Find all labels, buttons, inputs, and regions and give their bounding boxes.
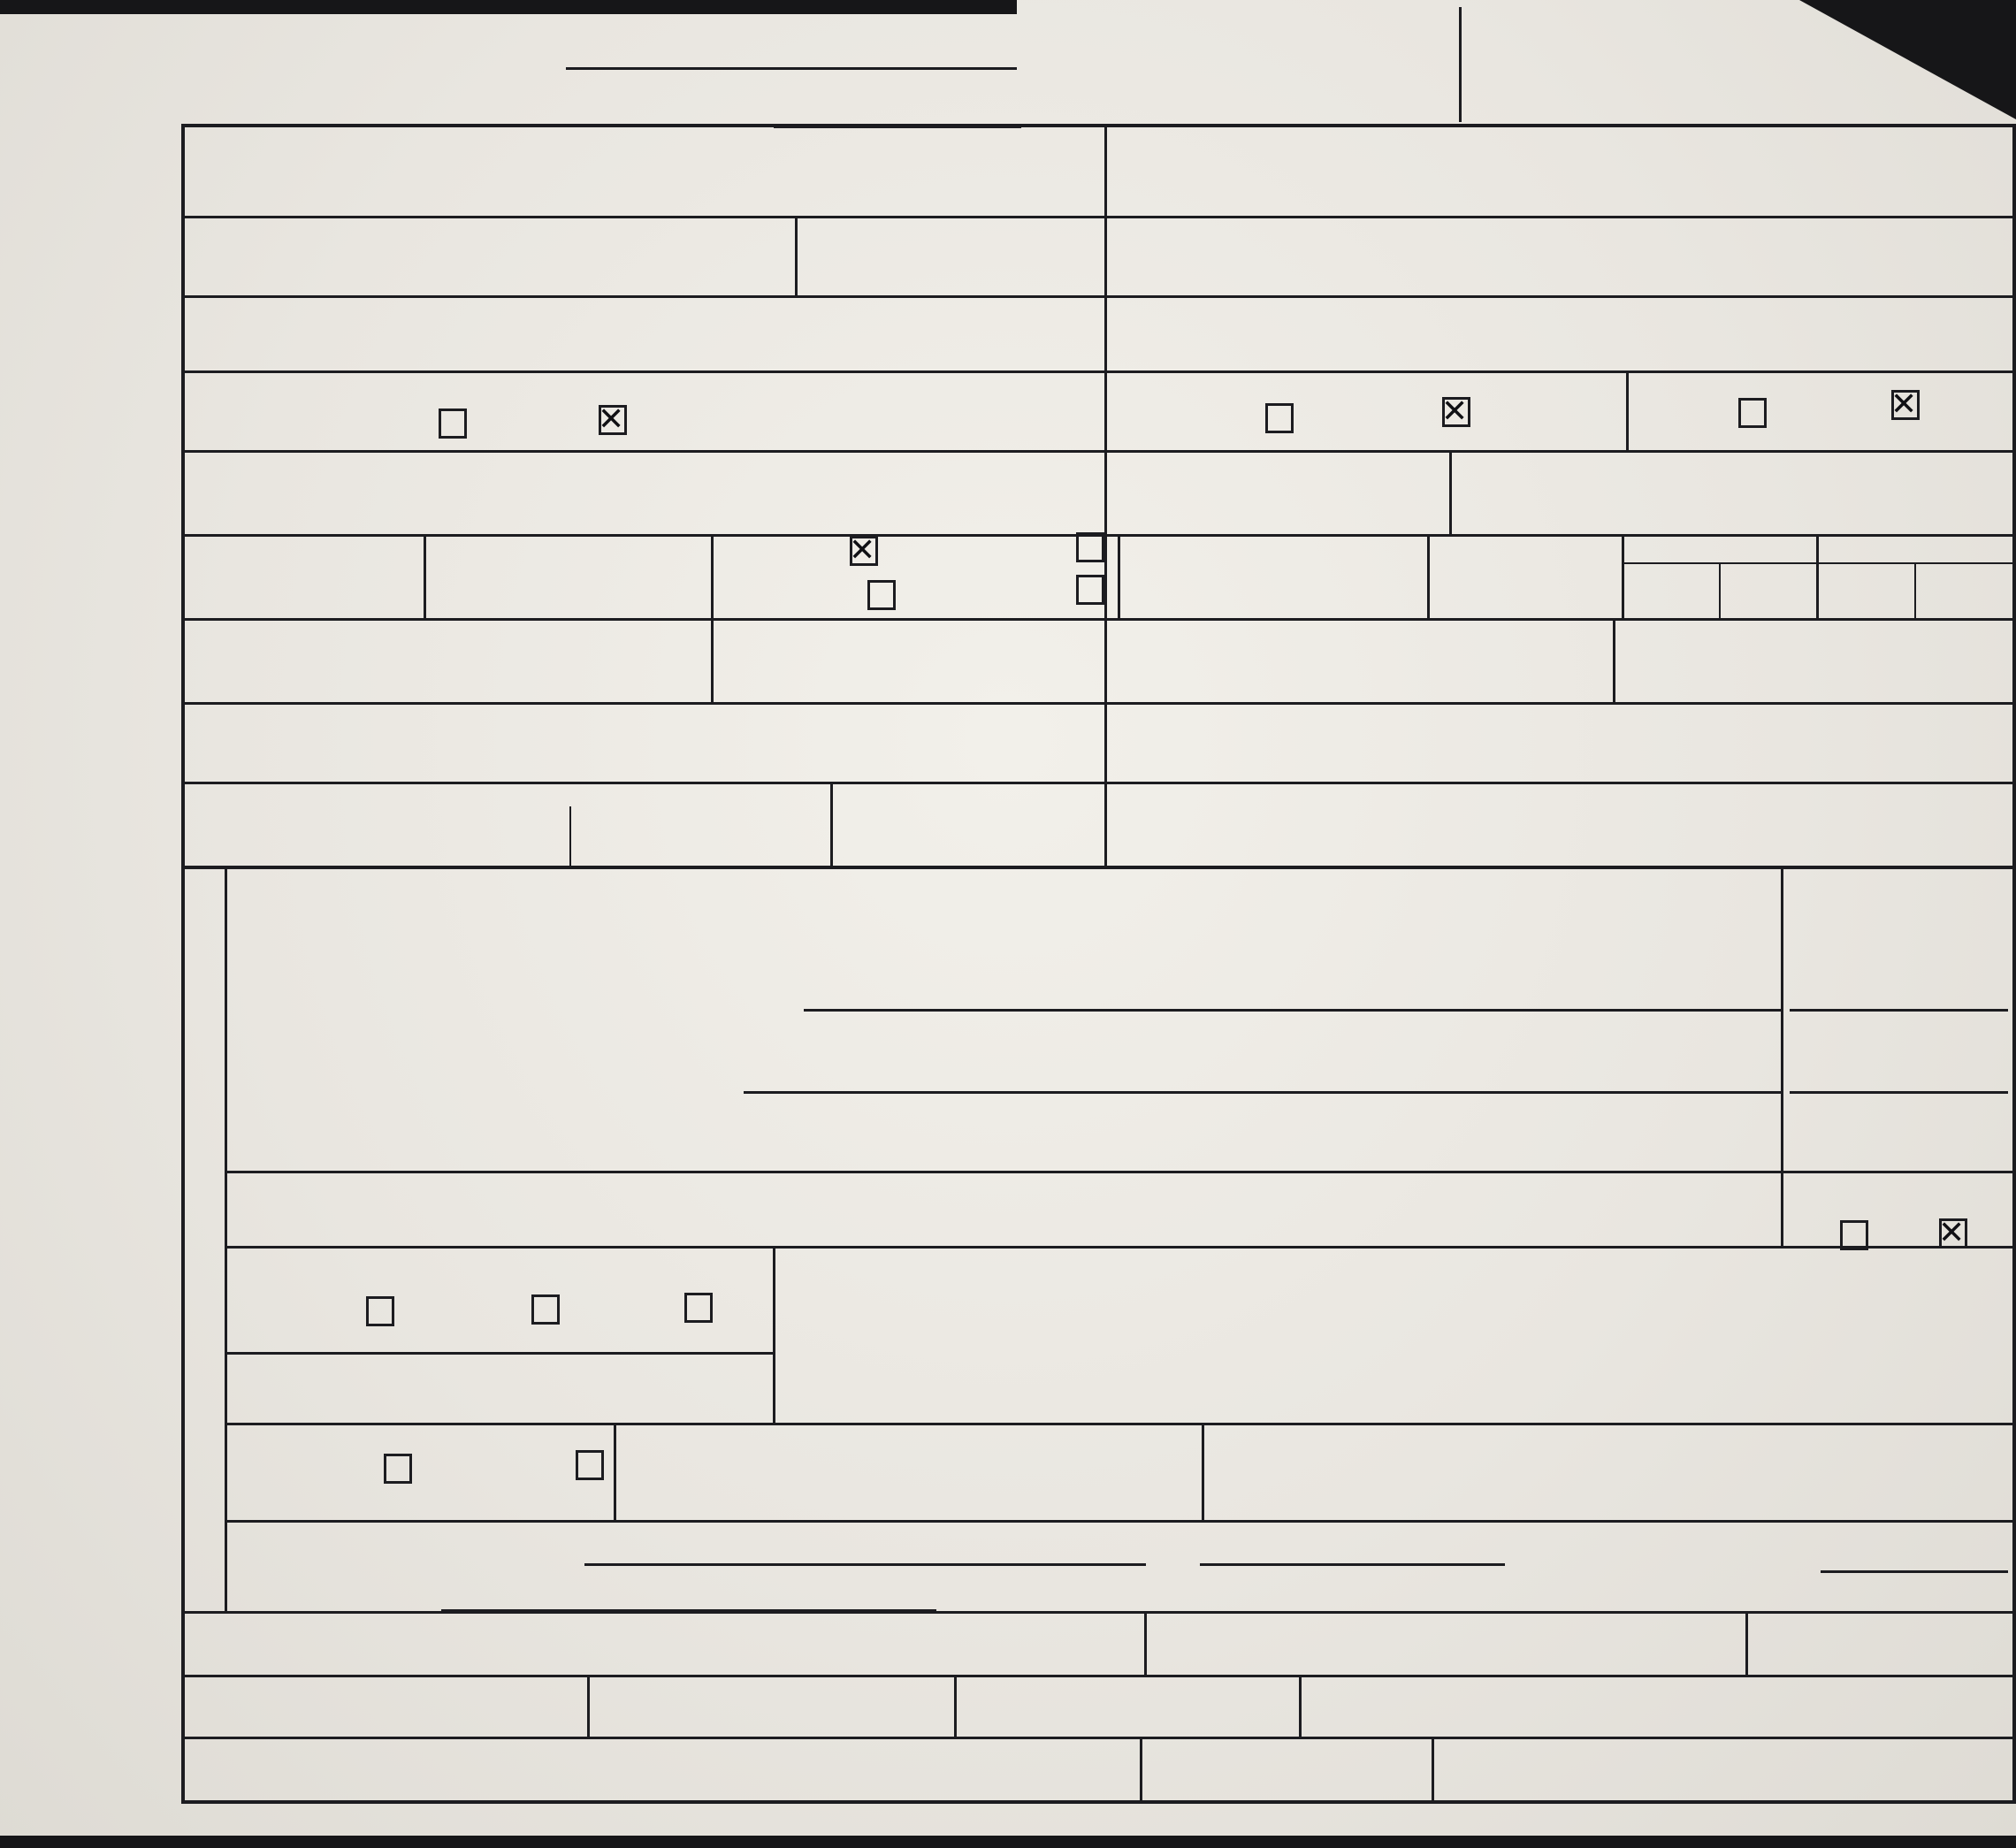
accident-checkbox <box>366 1296 394 1326</box>
autopsy-yes-checkbox <box>1840 1220 1868 1250</box>
divider <box>185 1737 2012 1739</box>
last-saw-line <box>1821 1570 2008 1573</box>
divider <box>830 782 833 866</box>
divider <box>225 1423 2012 1425</box>
divider <box>1144 1611 1147 1675</box>
attended-from-line <box>584 1563 1146 1566</box>
divider <box>1914 562 1916 618</box>
scan-top-edge <box>0 0 1017 14</box>
not-while-at-work-checkbox <box>576 1450 604 1480</box>
divider <box>225 1246 2012 1249</box>
divider <box>1719 562 1721 618</box>
married-checkbox <box>850 536 878 566</box>
divider <box>185 618 2012 621</box>
farm-no-checkbox <box>1891 390 1920 420</box>
divider <box>1202 1423 1204 1520</box>
divider <box>1781 866 1783 1246</box>
divider <box>185 370 2012 373</box>
divider <box>587 1675 590 1737</box>
suicide-checkbox <box>531 1294 560 1325</box>
autopsy-no-checkbox <box>1939 1218 1967 1249</box>
divider <box>1299 1675 1302 1737</box>
cause-line-c <box>744 1171 1781 1173</box>
never-married-checkbox <box>1076 532 1104 562</box>
divider <box>1118 534 1120 618</box>
divider <box>185 866 2012 869</box>
scan-bottom-edge <box>0 1836 2016 1848</box>
divider <box>773 1246 775 1423</box>
interval-line-a <box>1790 1009 2008 1012</box>
while-at-work-checkbox <box>384 1454 412 1484</box>
divider <box>1140 1737 1142 1800</box>
divorced-checkbox <box>1076 575 1104 605</box>
scan-corner-fold <box>1799 0 2016 119</box>
divider <box>1449 450 1452 534</box>
divider <box>795 216 798 295</box>
residence-limits-yes-checkbox <box>1265 403 1294 433</box>
divider <box>1427 534 1430 618</box>
farm-yes-checkbox <box>1738 398 1767 428</box>
residence-limits-no-checkbox <box>1442 397 1470 427</box>
divider <box>569 806 571 866</box>
divider <box>424 534 426 618</box>
place-limits-yes-checkbox <box>439 409 467 439</box>
divider <box>1432 1737 1434 1800</box>
divider <box>1104 127 1107 866</box>
death-certificate-scan <box>0 0 2016 1848</box>
divider <box>614 1423 616 1520</box>
certificate-form <box>181 124 2016 1804</box>
registration-district-line <box>566 67 1017 70</box>
divider <box>1745 1611 1748 1675</box>
divider <box>185 450 2012 453</box>
divider <box>225 1352 773 1355</box>
death-time-line <box>441 1609 936 1612</box>
divider <box>185 295 2012 298</box>
divider <box>185 702 2012 705</box>
header-divider <box>1459 7 1462 122</box>
cause-line-a <box>804 1009 1781 1012</box>
place-limits-no-checkbox <box>599 405 627 435</box>
divider <box>185 216 2012 218</box>
divider <box>711 534 714 702</box>
widowed-checkbox <box>867 580 896 610</box>
cause-line-b <box>744 1091 1781 1094</box>
divider <box>1816 534 1819 618</box>
divider <box>225 866 227 1611</box>
divider <box>954 1675 957 1737</box>
divider <box>1626 370 1629 450</box>
attended-to-line <box>1200 1563 1505 1566</box>
divider <box>1622 534 1624 618</box>
interval-line-b <box>1790 1091 2008 1094</box>
homicide-checkbox <box>684 1293 713 1323</box>
divider <box>185 1675 2012 1677</box>
divider <box>1613 618 1615 702</box>
divider <box>225 1520 2012 1523</box>
divider <box>185 782 2012 784</box>
